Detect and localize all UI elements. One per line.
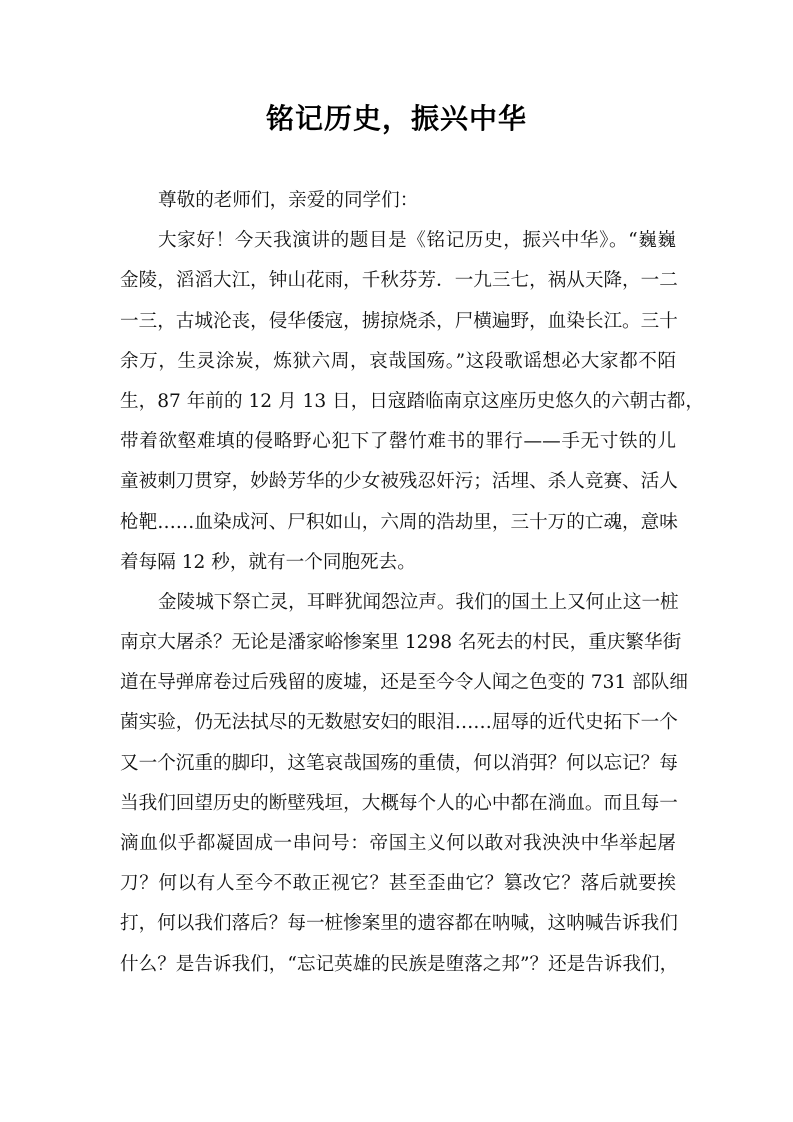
text-line: 刀？何以有人至今不敢正视它？甚至歪曲它？篡改它？落后就要挨: [120, 864, 676, 904]
text-line: 又一个沉重的脚印，这笔哀哉国殇的重债，何以消弭？何以忘记？每: [120, 744, 676, 784]
text-line: 余万，生灵涂炭，炼狱六周，哀哉国殇。”这段歌谣想必大家都不陌: [120, 342, 676, 382]
text-line: 生，87 年前的 12 月 13 日，日寇踏临南京这座历史悠久的六朝古都，: [120, 382, 676, 422]
text-line: 一三，古城沦丧，侵华倭寇，掳掠烧杀，尸横遍野，血染长江。三十: [120, 302, 676, 342]
text-line: 金陵城下祭亡灵，耳畔犹闻怨泣声。我们的国土上又何止这一桩: [120, 583, 676, 623]
text-line: 什么？是告诉我们，“忘记英雄的民族是堕落之邦”？还是告诉我们，: [120, 945, 676, 985]
text-line: 大家好！今天我演讲的题目是《铭记历史，振兴中华》。“巍巍: [120, 221, 676, 261]
salutation-line: 尊敬的老师们，亲爱的同学们：: [120, 181, 676, 221]
text-line: 打，何以我们落后？每一桩惨案里的遗容都在呐喊，这呐喊告诉我们: [120, 904, 676, 944]
text-line: 菌实验，仍无法拭尽的无数慰安妇的眼泪……屈辱的近代史拓下一个: [120, 703, 676, 743]
document-title: 铭记历史，振兴中华: [0, 97, 793, 137]
text-line: 金陵，滔滔大江，钟山花雨，千秋芬芳．一九三七，祸从天降，一二: [120, 261, 676, 301]
text-line: 道在导弹席卷过后残留的废墟，还是至今令人闻之色变的 731 部队细: [120, 663, 676, 703]
text-line: 滴血似乎都凝固成一串问号：帝国主义何以敢对我泱泱中华举起屠: [120, 824, 676, 864]
text-line: 南京大屠杀？无论是潘家峪惨案里 1298 名死去的村民，重庆繁华街: [120, 623, 676, 663]
text-line: 当我们回望历史的断壁残垣，大概每个人的心中都在淌血。而且每一: [120, 784, 676, 824]
speech-body: 尊敬的老师们，亲爱的同学们： 大家好！今天我演讲的题目是《铭记历史，振兴中华》。…: [120, 181, 676, 985]
text-line: 着每隔 12 秒，就有一个同胞死去。: [120, 543, 676, 583]
text-line: 童被刺刀贯穿，妙龄芳华的少女被残忍奸污；活埋、杀人竞赛、活人: [120, 462, 676, 502]
text-line: 带着欲壑难填的侵略野心犯下了罄竹难书的罪行——手无寸铁的儿: [120, 422, 676, 462]
text-line: 枪靶……血染成河、尸积如山，六周的浩劫里，三十万的亡魂，意味: [120, 503, 676, 543]
document-page: 铭记历史，振兴中华 尊敬的老师们，亲爱的同学们： 大家好！今天我演讲的题目是《铭…: [0, 0, 793, 1122]
